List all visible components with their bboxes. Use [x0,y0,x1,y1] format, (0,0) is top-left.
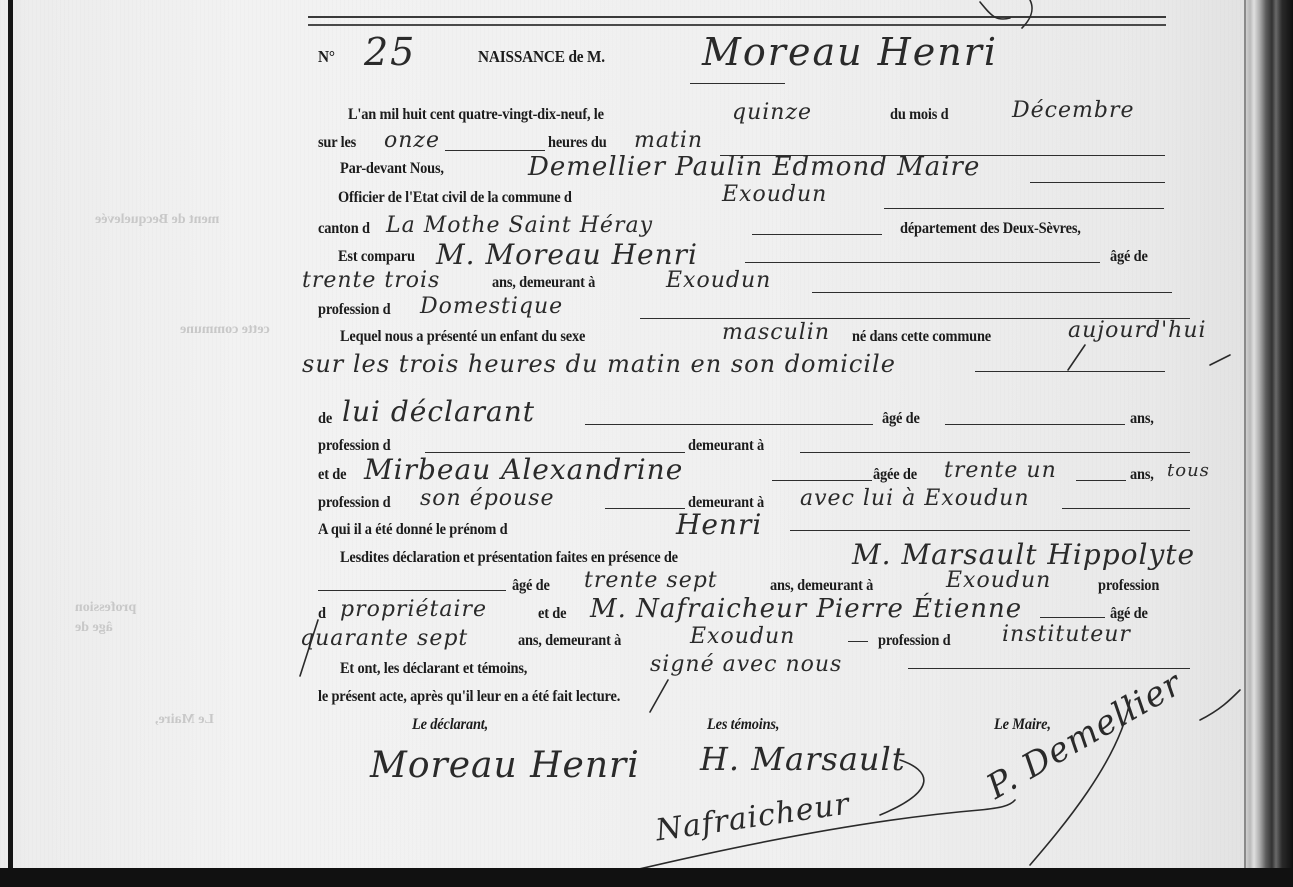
field-witness1-residence: Exoudun [946,568,1051,593]
number-label: N° [318,47,335,67]
text-age-label-3: âgé de [512,577,550,595]
fill-line [605,508,685,509]
field-declarant-residence: Exoudun [666,268,771,293]
fill-line [800,452,1190,453]
field-month: Décembre [1012,98,1134,123]
field-period: matin [634,128,703,153]
field-tous: tous [1167,460,1210,481]
text-ans-2: ans, [1130,466,1154,484]
field-canton: La Mothe Saint Héray [386,213,653,238]
text-closing: le présent acte, après qu'il leur en a é… [318,688,620,706]
signature-mayor: P. Demellier [980,664,1189,808]
bleed-through-text: profession [75,600,136,616]
text-profession-label-4: profession [1098,577,1159,595]
fill-line [1076,480,1126,481]
signature-witness1: H. Marsault [700,740,906,778]
fill-line [975,371,1165,372]
text-profession-label: profession d [318,301,390,319]
field-witness1-profession: propriétaire [340,597,487,622]
fill-line [445,150,545,151]
signature-declarant: Moreau Henri [370,745,640,786]
field-hour: onze [384,128,440,153]
fill-line [908,668,1190,669]
field-witness1-name: M. Marsault Hippolyte [852,538,1195,571]
text-comparu-label: Est comparu [338,248,415,266]
text-presented: Lequel nous a présenté un enfant du sexe [340,328,585,346]
field-witness1-age: trente sept [584,568,718,593]
signature-witness2: Nafraicheur [654,787,853,849]
text-month-label: du mois d [890,106,948,124]
field-day: quinze [732,100,812,125]
fill-line [848,641,868,642]
field-sex: masculin [722,320,830,345]
field-child-firstname: Henri [676,508,762,541]
text-prenom-label: A qui il a été donné le prénom d [318,521,507,539]
text-age-label-2: âgé de [882,410,920,428]
bleed-through-text: âge de [75,620,113,636]
child-name-header: Moreau Henri [702,30,998,74]
header-double-rule [308,16,1166,26]
field-witness2-residence: Exoudun [690,624,795,649]
text-et-de: et de [318,466,346,484]
fill-line [790,530,1190,531]
text-hour-label: sur les [318,134,356,152]
text-residence-label: ans, demeurant à [492,274,595,292]
field-officer: Demellier Paulin Edmond Maire [528,152,980,182]
text-d: d [318,605,326,623]
field-birth-when: aujourd'hui [1068,318,1207,343]
text-profession-label-5: profession d [878,632,950,650]
fill-line [1040,617,1105,618]
text-age-label-4: âgé de [1110,605,1148,623]
text-residence-label-4: ans, demeurant à [770,577,873,595]
text-agee-label: âgée de [873,466,917,484]
text-presence: Lesdites déclaration et présentation fai… [340,549,678,567]
fill-line [1062,508,1190,509]
field-witness2-age: quarante sept [300,626,468,651]
fill-line [585,424,873,425]
text-commune-label: Officier de l'Etat civil de la commune d [338,189,572,207]
field-witness2-profession: instituteur [1002,622,1131,647]
field-commune: Exoudun [722,182,827,207]
binding-line [8,0,13,872]
text-signed-label: Et ont, les déclarant et témoins, [340,660,527,678]
text-profession-label-3: profession d [318,494,390,512]
fill-line [745,262,1100,263]
text-residence-label-2: demeurant à [688,437,764,455]
fill-line [945,424,1125,425]
bleed-through-text: ment de Becquelevée [95,212,219,228]
text-canton-label: canton d [318,220,370,238]
text-age-label: âgé de [1110,248,1148,266]
fill-line [318,590,506,591]
fill-line [1030,182,1165,183]
text-ans: ans, [1130,410,1154,428]
fill-line [752,234,882,235]
field-signed: signé avec nous [650,652,842,677]
header-underline [690,83,785,84]
label-witnesses: Les témoins, [707,716,779,734]
field-relation: lui déclarant [342,395,535,428]
text-residence-label-5: ans, demeurant à [518,632,621,650]
field-mother-age: trente un [944,458,1057,483]
bottom-shadow [0,868,1293,887]
entry-number: 25 [364,30,416,74]
label-mayor: Le Maire, [994,716,1051,734]
text-et-de-2: et de [538,605,566,623]
fill-line [884,208,1164,209]
field-declarant: M. Moreau Henri [436,238,698,271]
text-officer-label: Par-devant Nous, [340,160,444,178]
field-mother-residence: avec lui à Exoudun [800,486,1030,511]
field-birth-details: sur les trois heures du matin en son dom… [302,350,896,378]
fill-line [812,292,1172,293]
text-department: département des Deux-Sèvres, [900,220,1081,238]
text-de: de [318,410,332,428]
fill-line [772,480,872,481]
bleed-through-text: cette commune [180,322,270,338]
field-declarant-age: trente trois [302,268,440,293]
entry-title: NAISSANCE de M. [478,47,605,67]
field-mother-name: Mirbeau Alexandrine [364,453,683,486]
register-page: ment de Becquelevée cette commune profes… [0,0,1250,872]
text-period-label: heures du [548,134,607,152]
field-witness2-name: M. Nafraicheur Pierre Étienne [590,594,1022,624]
field-declarant-profession: Domestique [420,294,563,319]
book-edge-stack [1246,0,1293,887]
label-declarant: Le déclarant, [412,716,488,734]
text-intro: L'an mil huit cent quatre-vingt-dix-neuf… [348,106,604,124]
text-born-in: né dans cette commune [852,328,991,346]
field-mother-profession: son épouse [420,486,555,511]
bleed-through-text: Le Maire, [155,712,214,728]
